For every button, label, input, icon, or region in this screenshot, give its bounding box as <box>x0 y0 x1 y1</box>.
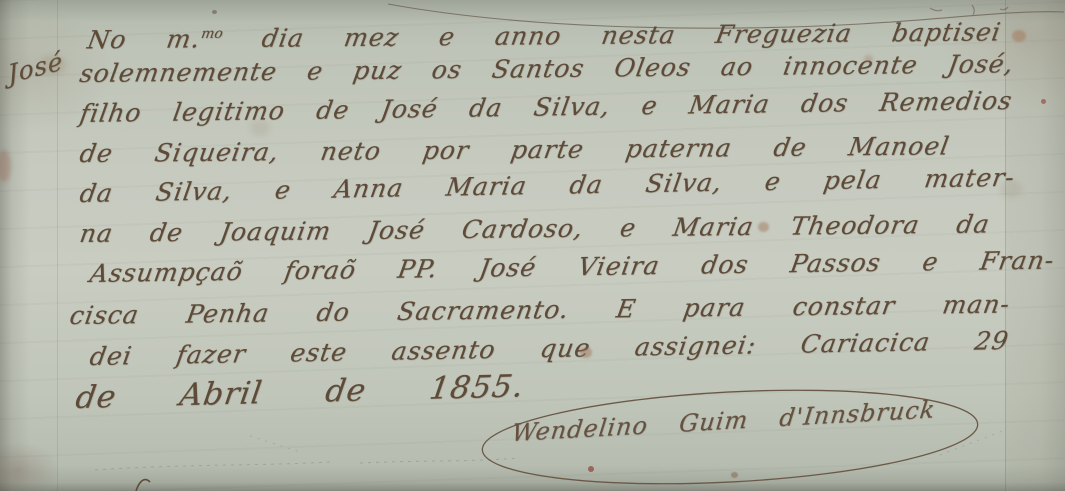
manuscript-page: José No m.mo dia mez e anno nesta Fregue… <box>0 0 1065 491</box>
stain-mark <box>731 472 738 478</box>
stain-mark <box>1000 180 1022 198</box>
stain-mark <box>580 347 592 358</box>
manuscript-line-10-date: de Abril de 1855. <box>73 369 526 415</box>
stain-mark <box>588 466 594 472</box>
next-record-stroke <box>136 480 150 491</box>
priest-signature: Wendelino Guim d'Innsbruck <box>510 395 937 447</box>
stain-mark <box>250 120 270 136</box>
stain-mark <box>0 150 11 182</box>
manuscript-line-6: na de Joaquim José Cardoso, e Maria Theo… <box>77 207 992 251</box>
line1-prefix: No m. <box>85 24 203 54</box>
superscript-abbreviation: mo <box>200 26 224 42</box>
stain-mark <box>1012 30 1026 42</box>
stain-mark <box>1041 99 1046 104</box>
stain-mark <box>758 222 769 232</box>
stain-mark <box>212 10 217 14</box>
manuscript-line-3: filho legitimo de José da Silva, e Maria… <box>77 84 1015 131</box>
manuscript-line-9: dei fazer este assento que assignei: Car… <box>87 324 1011 374</box>
manuscript-line-7: Assumpçaõ foraõ PP. José Vieira dos Pass… <box>87 244 1057 291</box>
stain-mark <box>40 55 66 75</box>
stain-mark <box>864 55 873 63</box>
scratch-marks <box>95 458 520 470</box>
